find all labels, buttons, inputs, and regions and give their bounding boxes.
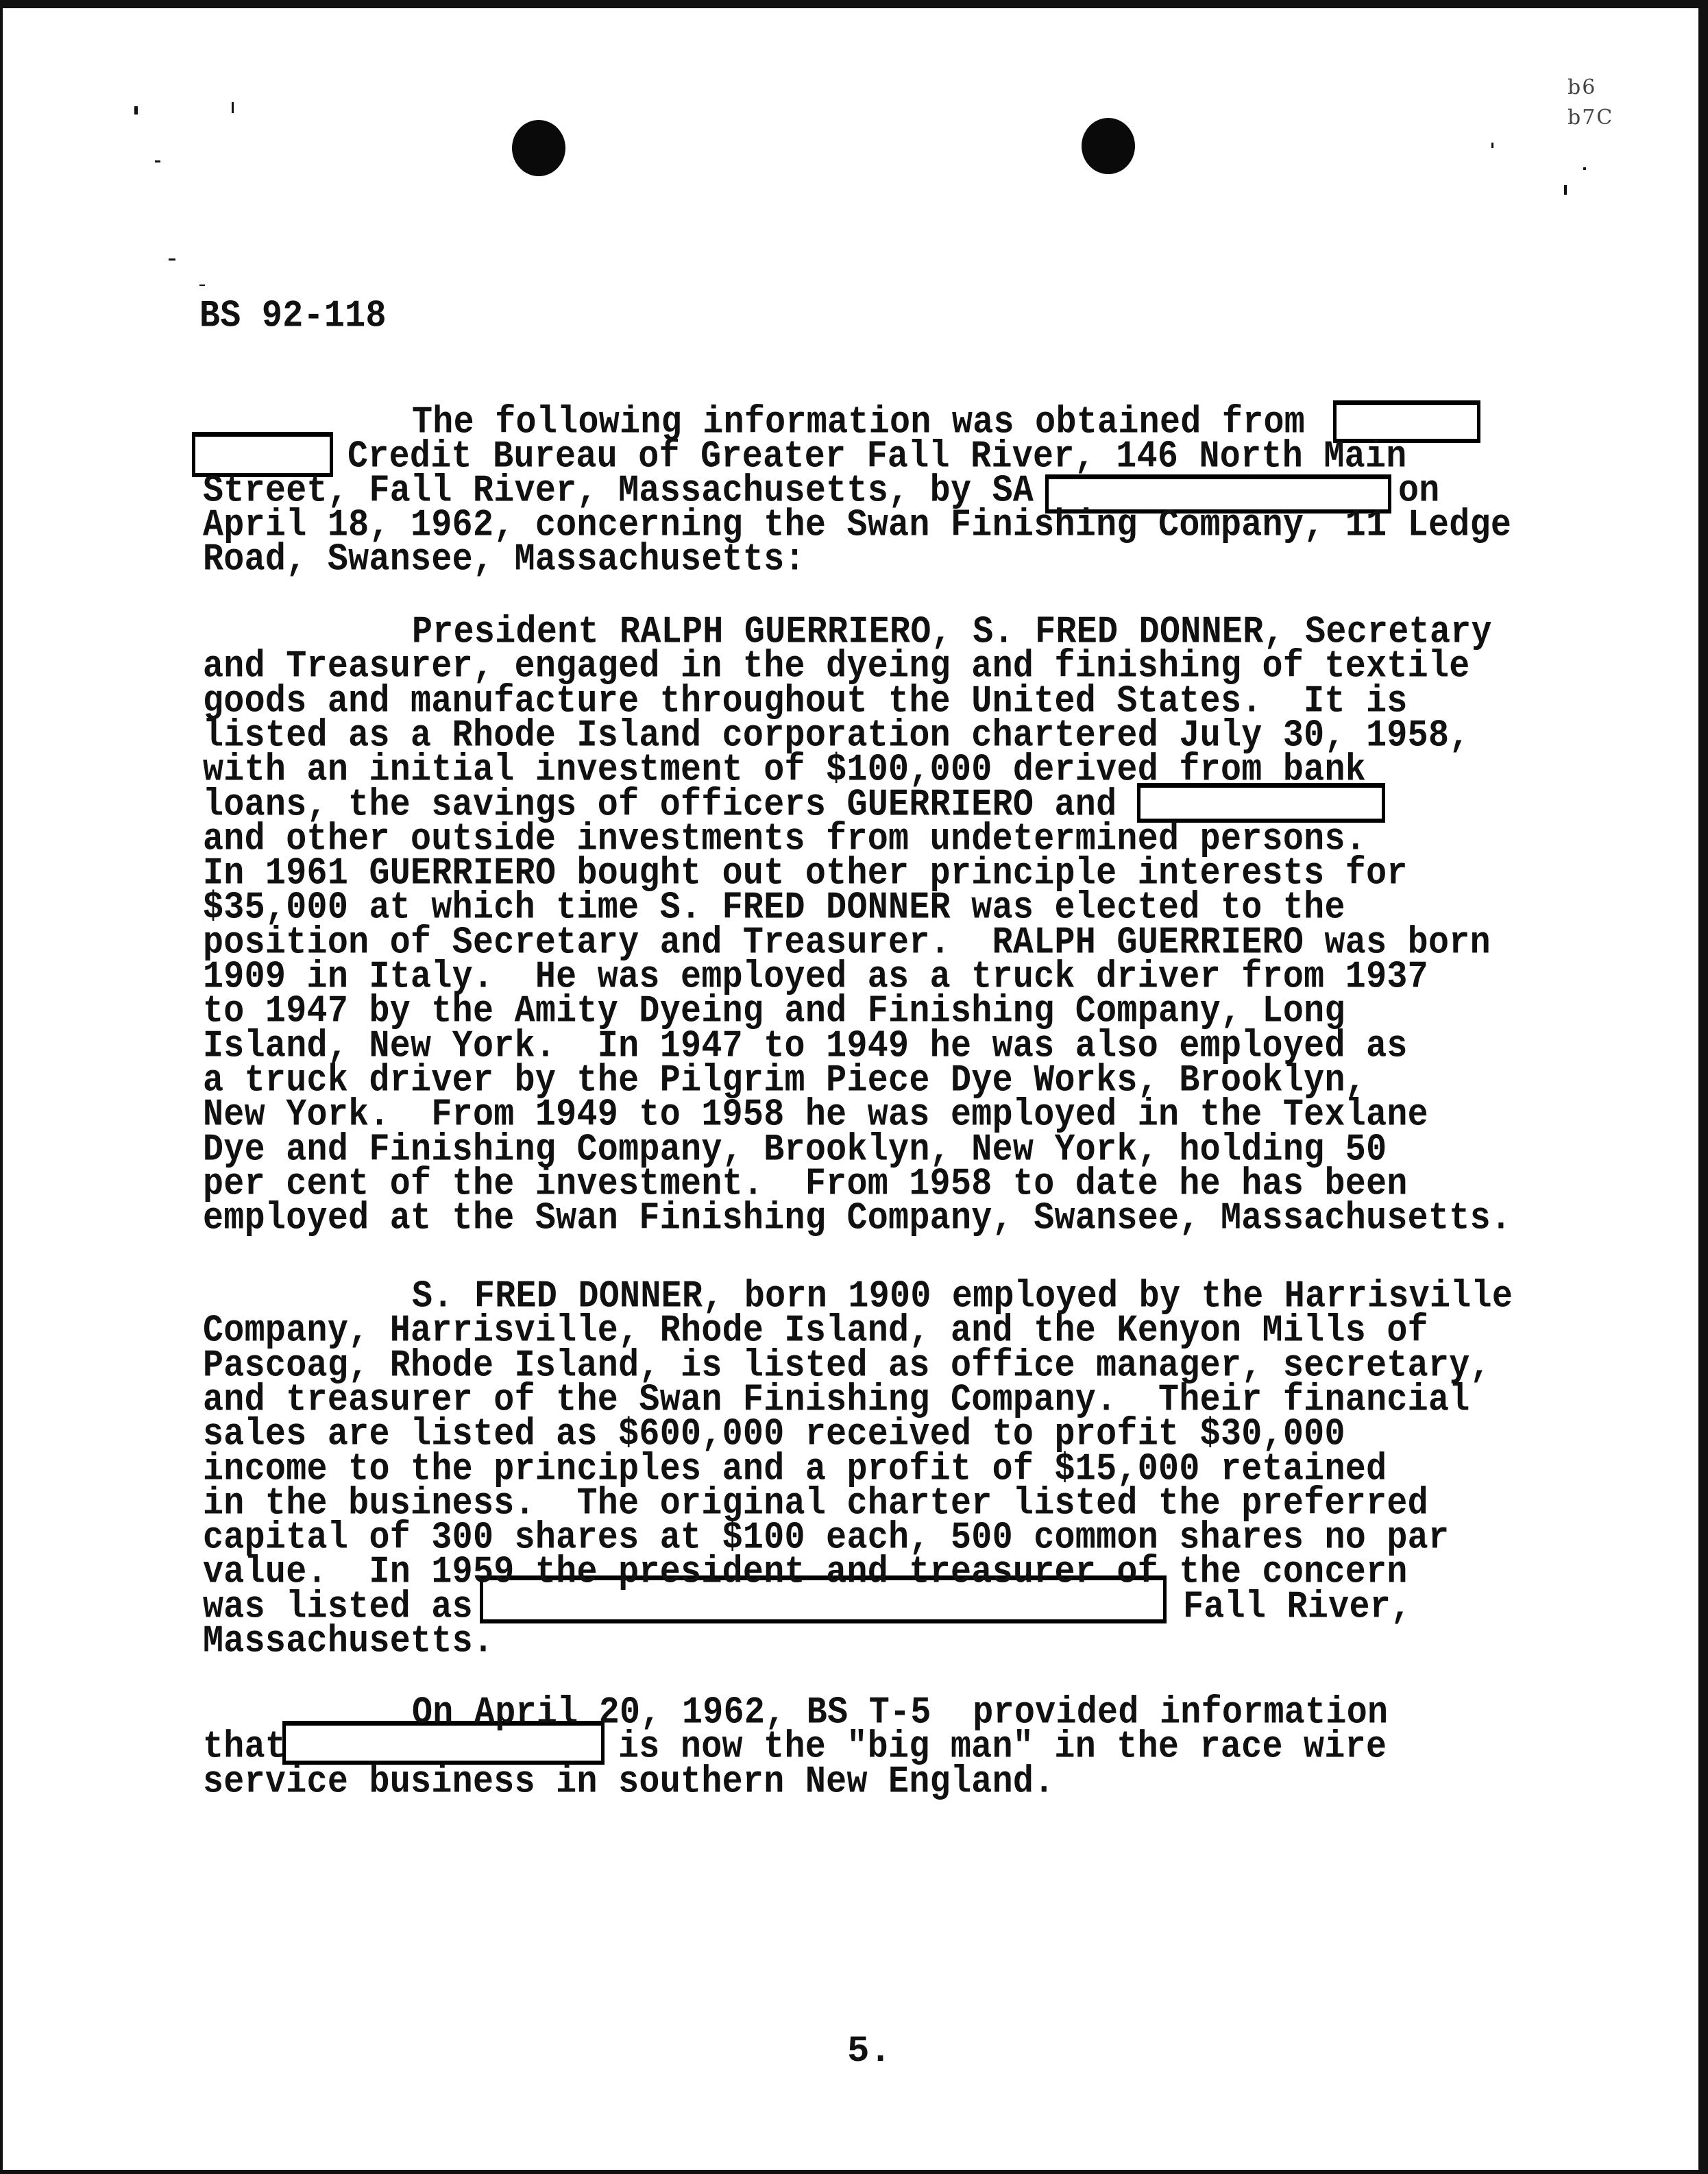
scan-speck [1583,167,1586,170]
page-number: 5. [847,2031,892,2073]
foia-exemption-b6: b6 [1567,73,1596,103]
scan-speck [199,285,205,286]
paragraph-4-line-3: service business in southern New England… [203,1763,1055,1802]
foia-exemption-b7c: b7C [1567,103,1613,133]
scan-speck [155,160,160,162]
document-page: b6 b7C BS 92-118 The following informati… [0,0,1708,2174]
paragraph-1-line-5: Road, Swansee, Massachusetts: [203,541,805,579]
hole-punch-left [512,120,565,176]
scan-speck [134,106,138,114]
hole-punch-right [1082,118,1135,174]
scan-speck [1491,143,1493,148]
paragraph-2-line-18: employed at the Swan Finishing Company, … [203,1200,1511,1238]
paragraph-3-line-10-end: Fall River, [1183,1589,1411,1627]
scan-speck [1564,185,1567,195]
scan-speck [169,258,175,261]
file-number: BS 92-118 [199,298,387,336]
scan-speck [232,102,234,113]
paragraph-3-line-11: Massachusetts. [203,1623,493,1661]
